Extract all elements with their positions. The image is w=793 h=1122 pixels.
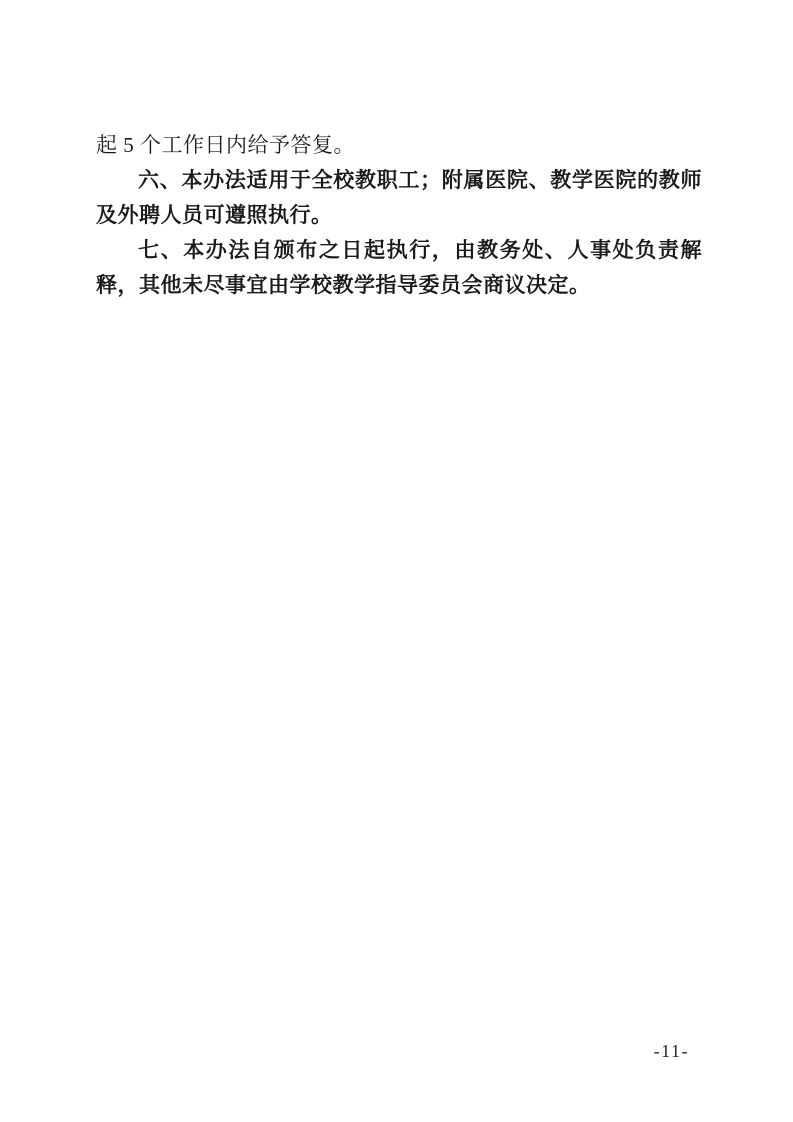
body-paragraph-item-7: 七、本办法自颁布之日起执行，由教务处、人事处负责解释，其他未尽事宜由学校教学指导… [96,233,702,303]
page-number: -11- [654,1041,689,1062]
document-page: 起 5 个工作日内给予答复。 六、本办法适用于全校教职工；附属医院、教学医院的教… [0,0,793,1122]
body-paragraph-continuation: 起 5 个工作日内给予答复。 [96,128,702,163]
document-body: 起 5 个工作日内给予答复。 六、本办法适用于全校教职工；附属医院、教学医院的教… [96,128,702,303]
body-paragraph-item-6: 六、本办法适用于全校教职工；附属医院、教学医院的教师及外聘人员可遵照执行。 [96,163,702,233]
